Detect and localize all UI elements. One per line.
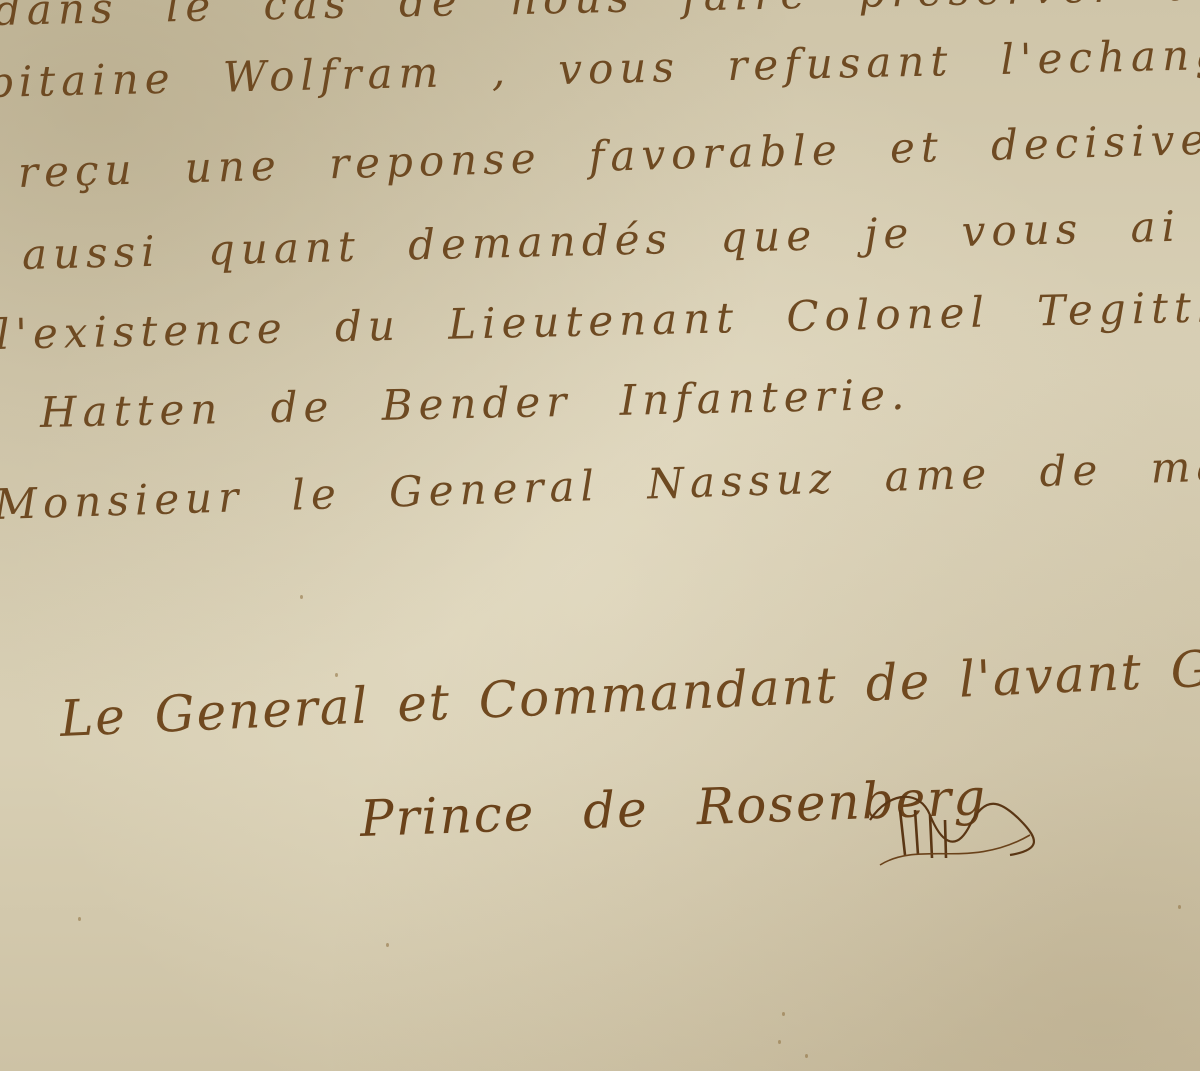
paper-speck xyxy=(335,673,338,677)
paper-speck xyxy=(386,943,389,947)
paper-speck xyxy=(78,917,81,921)
paper-speck xyxy=(805,1054,808,1058)
paper-speck xyxy=(1178,905,1181,909)
signature-flourish-icon xyxy=(860,780,1050,870)
paper-speck xyxy=(300,595,303,599)
paper-speck xyxy=(778,1040,781,1044)
paper-speck xyxy=(782,1012,785,1016)
